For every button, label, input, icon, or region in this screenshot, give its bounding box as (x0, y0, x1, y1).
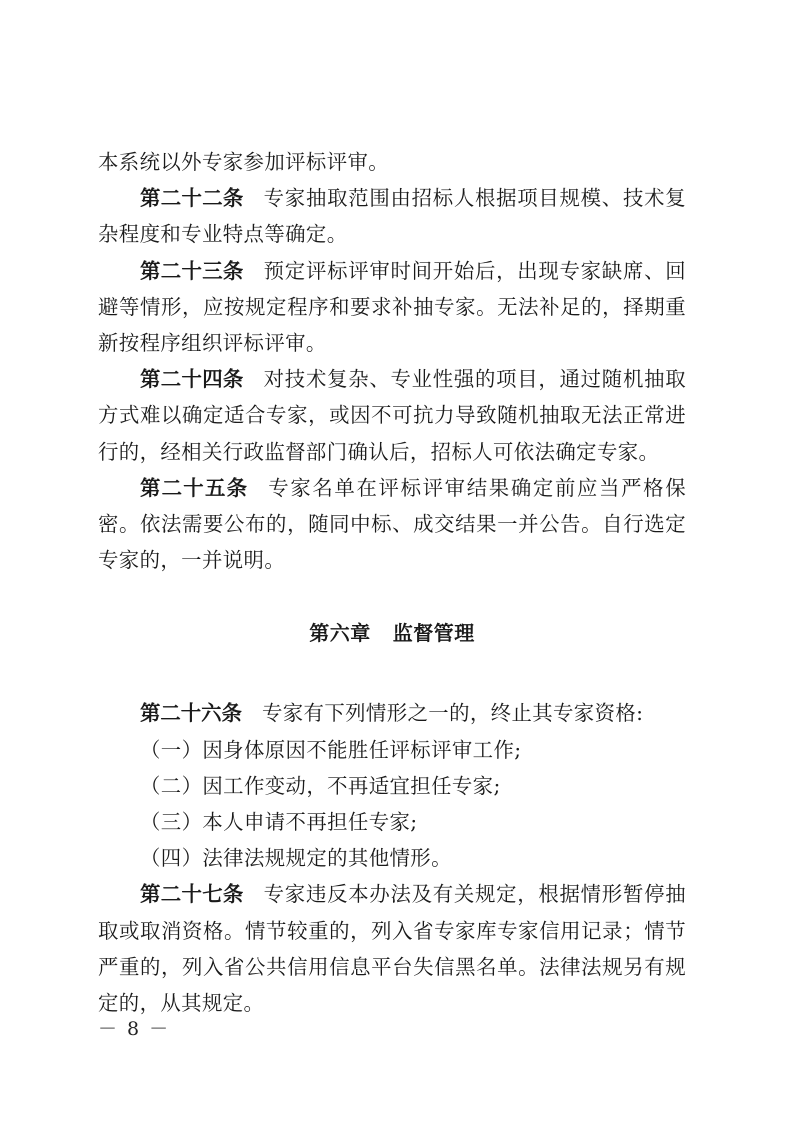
chapter-number: 第六章 (309, 621, 371, 645)
article-number: 第二十四条 (140, 367, 244, 391)
list-item: （二）因工作变动，不再适宜担任专家; (98, 768, 686, 804)
chapter-heading: 第六章监督管理 (98, 615, 686, 651)
article-25: 第二十五条专家名单在评标评审结果确定前应当严格保密。依法需要公布的，随同中标、成… (98, 470, 686, 579)
article-27: 第二十七条专家违反本办法及有关规定，根据情形暂停抽取或取消资格。情节较重的，列入… (98, 876, 686, 1021)
list-item: （一）因身体原因不能胜任评标评审工作; (98, 732, 686, 768)
list-item: （三）本人申请不再担任专家; (98, 804, 686, 840)
continuation-paragraph: 本系统以外专家参加评标评审。 (98, 144, 686, 180)
article-24: 第二十四条对技术复杂、专业性强的项目，通过随机抽取方式难以确定适合专家，或因不可… (98, 361, 686, 470)
list-item: （四）法律法规规定的其他情形。 (98, 840, 686, 876)
article-23: 第二十三条预定评标评审时间开始后，出现专家缺席、回避等情形，应按规定程序和要求补… (98, 253, 686, 362)
page-number: － 8 － (98, 1014, 170, 1041)
article-number: 第二十五条 (140, 476, 248, 500)
article-number: 第二十三条 (140, 259, 244, 283)
document-page: 本系统以外专家参加评标评审。 第二十二条专家抽取范围由招标人根据项目规模、技术复… (98, 144, 686, 1021)
article-number: 第二十二条 (140, 186, 244, 210)
article-22: 第二十二条专家抽取范围由招标人根据项目规模、技术复杂程度和专业特点等确定。 (98, 180, 686, 252)
article-number: 第二十六条 (140, 701, 242, 725)
article-text: 专家有下列情形之一的，终止其专家资格: (262, 701, 644, 725)
article-26: 第二十六条专家有下列情形之一的，终止其专家资格: (98, 695, 686, 731)
chapter-title: 监督管理 (393, 621, 475, 645)
article-number: 第二十七条 (140, 882, 244, 906)
